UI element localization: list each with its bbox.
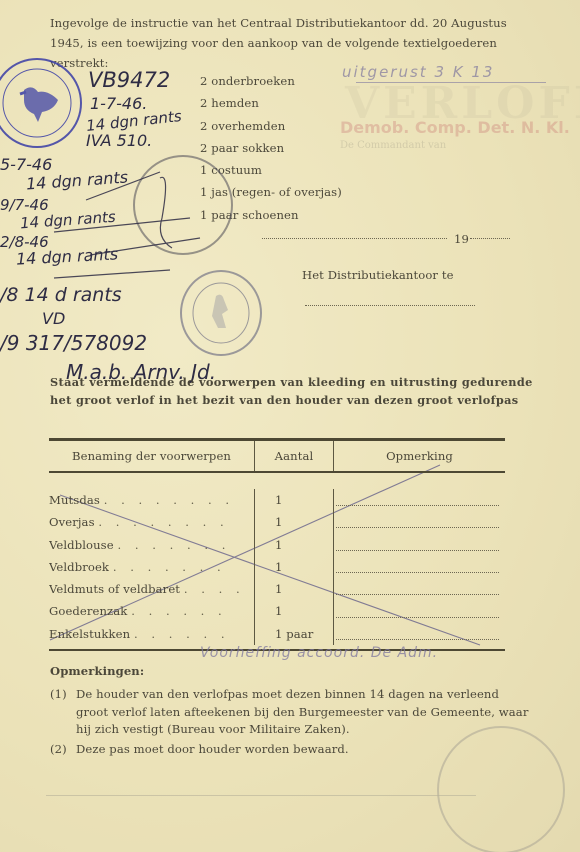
grey-round-stamp-middle: [133, 155, 233, 255]
textile-item: 2 overhemden: [200, 115, 342, 137]
table-header: Benaming der voorwerpen Aantal Opmerking: [49, 441, 505, 473]
header-remark: Opmerking: [333, 441, 505, 471]
table-row: Veldbroek . . . . . . .: [49, 556, 254, 578]
office-label: Het Distributiekantoor te: [302, 268, 454, 282]
qty-cell: 1: [255, 534, 333, 556]
handwritten-code-2: IVA 510.: [86, 131, 152, 150]
qty-cell: 1: [255, 556, 333, 578]
remarks-section: Opmerkingen: (1) De houder van den verlo…: [50, 664, 530, 760]
table-row: Enkelstukken . . . . . .: [49, 623, 254, 645]
date-year-prefix: 19: [454, 232, 469, 246]
handwritten-line-7: /9 317/578092: [0, 331, 147, 355]
header-qty: Aantal: [254, 441, 333, 471]
handwritten-line-6: VD: [42, 309, 65, 328]
handwritten-top-right: uitgerust 3 K 13: [342, 63, 494, 81]
handwritten-note-4: 14 dgn rants: [16, 244, 119, 268]
qty-cell: 1: [255, 600, 333, 622]
bleed-through-rule: [46, 795, 476, 796]
handwritten-line-5: /8 14 d rants: [0, 284, 122, 306]
bleed-through-red: Demob. Comp. Det. N. Kl.: [340, 118, 570, 137]
remark-cell: [334, 578, 505, 600]
qty-cell: 1: [255, 489, 333, 511]
remark-item: (2) Deze pas moet door houder worden bew…: [50, 741, 530, 759]
remark-cell: [334, 534, 505, 556]
remark-cell: [334, 600, 505, 622]
remark-cell: [334, 556, 505, 578]
grey-round-stamp-center: [180, 270, 262, 356]
table-row: Veldblouse . . . . . . .: [49, 534, 254, 556]
remarks-title: Opmerkingen:: [50, 664, 530, 678]
blue-distribution-stamp: [0, 58, 82, 148]
header-name: Benaming der voorwerpen: [49, 449, 254, 463]
office-fill-line: [305, 305, 475, 306]
pencil-underline: [356, 82, 546, 83]
items-table: Benaming der voorwerpen Aantal Opmerking…: [49, 438, 505, 651]
remark-cell: [334, 623, 505, 645]
date-fill-line: [262, 238, 447, 239]
qty-cell: 1: [255, 511, 333, 533]
handwritten-date-3: 9/7-46: [0, 196, 49, 214]
remark-cell: [334, 489, 505, 511]
figure-emblem-icon: [182, 272, 260, 354]
table-row: Overjas . . . . . . . .: [49, 511, 254, 533]
textile-item: 2 onderbroeken: [200, 70, 342, 92]
bleed-through-sub: De Commandant van: [340, 140, 446, 151]
qty-cell: 1: [255, 578, 333, 600]
textile-item: 2 hemden: [200, 92, 342, 114]
handwritten-date-2: 5-7-46: [0, 155, 52, 174]
remark-item: (1) De houder van den verlofpas moet dez…: [50, 686, 530, 739]
handwritten-date-1: 1-7-46.: [90, 94, 147, 113]
textile-item: 2 paar sokken: [200, 137, 342, 159]
bird-emblem-icon: [0, 60, 80, 146]
handwritten-bottom-note: Voorheffing accoord. De Adm.: [200, 645, 438, 661]
handwritten-code: VB9472: [88, 68, 170, 92]
staat-heading: Staat vermeldende de voorwerpen van klee…: [50, 373, 550, 409]
table-row: Mutsdas . . . . . . . .: [49, 489, 254, 511]
table-row: Veldmuts of veldbaret . . . .: [49, 578, 254, 600]
date-year-line: [470, 238, 510, 239]
qty-cell: 1 paar: [255, 623, 333, 645]
table-row: Goederenzak . . . . . .: [49, 600, 254, 622]
remark-cell: [334, 511, 505, 533]
